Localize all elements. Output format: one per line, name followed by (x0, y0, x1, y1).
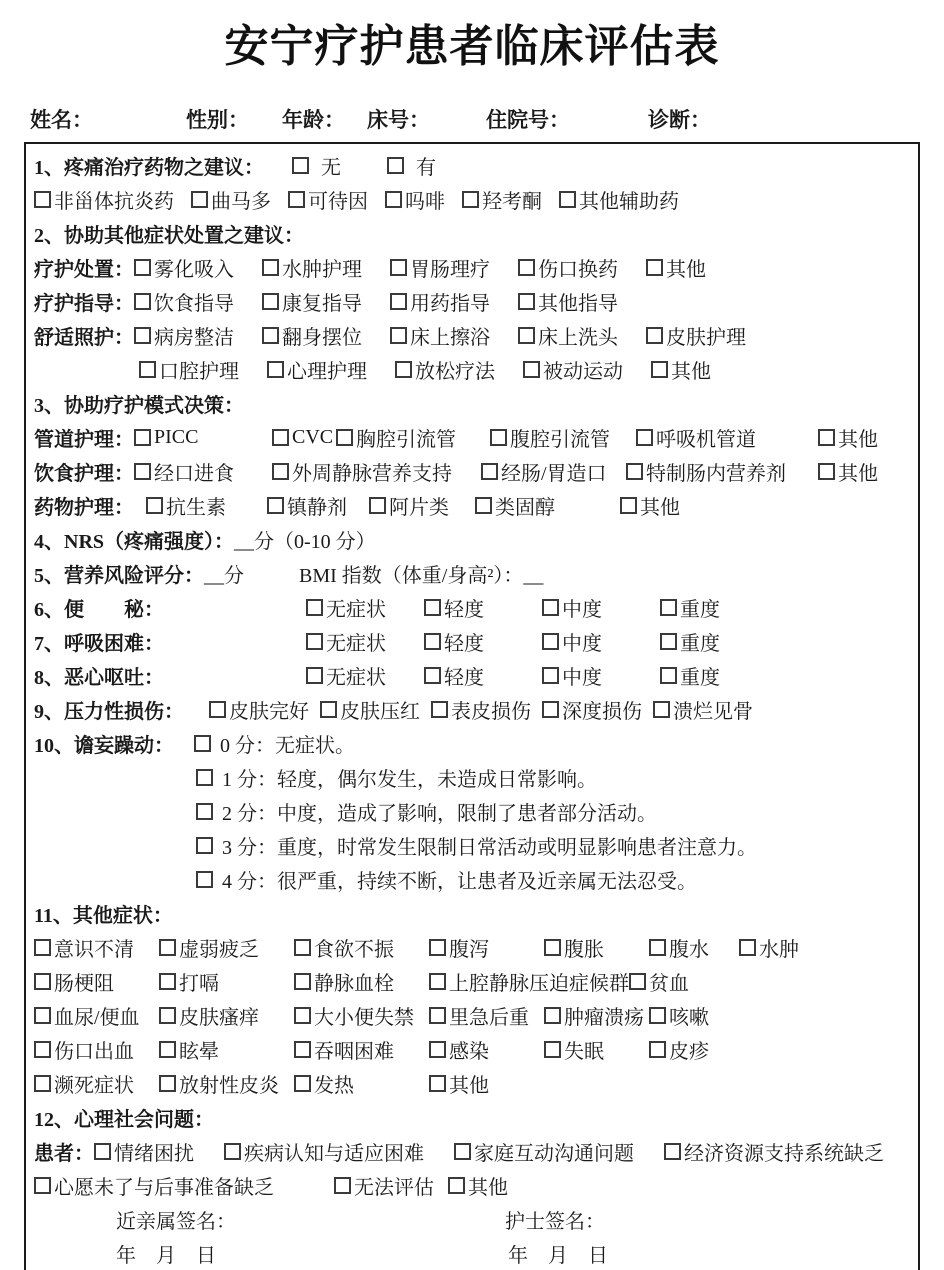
checkbox-option[interactable]: 其他指导 (518, 287, 618, 316)
q11-heading-row: 11、其他症状： (34, 896, 910, 930)
checkbox-icon[interactable] (34, 1041, 51, 1058)
checkbox-label: 上腔静脉压迫症候群 (449, 967, 629, 996)
care-label: 疗护处置： (34, 253, 134, 282)
q9-heading: 9、压力性损伤： (34, 695, 209, 724)
checkbox-icon[interactable] (646, 327, 663, 344)
checkbox-option[interactable]: 其他 (818, 457, 878, 486)
checkbox-label: 腹水 (669, 933, 709, 962)
checkbox-label: 有 (416, 151, 436, 180)
q7-row: 7、呼吸困难： 无症状轻度中度重度 (34, 624, 910, 658)
checkbox-icon[interactable] (651, 361, 668, 378)
checkbox-option[interactable]: 濒死症状 (34, 1069, 159, 1098)
checkbox-icon[interactable] (191, 191, 208, 208)
checkbox-option[interactable]: 经肠/胃造口 (481, 457, 626, 486)
checkbox-option[interactable]: 中度 (542, 593, 660, 622)
checkbox-label: 溃烂见骨 (673, 695, 753, 724)
checkbox-option[interactable]: 中度 (542, 661, 660, 690)
q6-heading: 6、便 秘： (34, 593, 306, 622)
checkbox-icon[interactable] (294, 973, 311, 990)
checkbox-icon[interactable] (294, 939, 311, 956)
checkbox-option[interactable]: 肠梗阻 (34, 967, 159, 996)
checkbox-icon[interactable] (620, 497, 637, 514)
checkbox-icon[interactable] (34, 1007, 51, 1024)
checkbox-option[interactable]: 经济资源支持系统缺乏 (664, 1137, 884, 1166)
checkbox-option[interactable]: 重度 (660, 593, 778, 622)
checkbox-icon[interactable] (34, 191, 51, 208)
checkbox-icon[interactable] (649, 939, 666, 956)
checkbox-option[interactable]: 吗啡 (385, 185, 445, 214)
checkbox-option[interactable]: 伤口换药 (518, 253, 618, 282)
checkbox-icon[interactable] (306, 599, 323, 616)
checkbox-icon[interactable] (629, 973, 646, 990)
checkbox-option[interactable]: 吞咽困难 (294, 1035, 429, 1064)
checkbox-option[interactable]: 肿瘤溃疡 (544, 1001, 649, 1030)
checkbox-option[interactable]: 皮疹 (649, 1035, 739, 1064)
checkbox-icon[interactable] (429, 939, 446, 956)
checkbox-option[interactable]: 伤口出血 (34, 1035, 159, 1064)
q10-row1: 10、谵妄躁动： 0 分：无症状。 (34, 726, 910, 760)
checkbox-option[interactable]: 呼吸机管道 (636, 423, 818, 452)
checkbox-option[interactable]: 其他 (620, 491, 680, 520)
checkbox-icon[interactable] (818, 429, 835, 446)
checkbox-option[interactable]: 床上擦浴 (390, 321, 490, 350)
checkbox-option[interactable]: 水肿 (739, 933, 799, 962)
checkbox-label: 皮肤护理 (666, 321, 746, 350)
checkbox-option[interactable]: 眩晕 (159, 1035, 294, 1064)
checkbox-icon[interactable] (818, 463, 835, 480)
checkbox-label: 床上擦浴 (410, 321, 490, 350)
checkbox-label: 床上洗头 (538, 321, 618, 350)
checkbox-option[interactable]: 轻度 (424, 661, 542, 690)
q1-drugs-row: 非甾体抗炎药曲马多可待因吗啡羟考酮其他辅助药 (34, 182, 910, 216)
q11-symptom-row-2: 肠梗阻打嗝静脉血栓上腔静脉压迫症候群贫血 (34, 964, 910, 998)
checkbox-option[interactable]: 家庭互动沟通问题 (454, 1137, 634, 1166)
checkbox-icon[interactable] (660, 667, 677, 684)
checkbox-option[interactable]: 其他 (448, 1171, 508, 1200)
checkbox-label: 特制肠内营养剂 (646, 457, 786, 486)
checkbox-option[interactable]: 翻身摆位 (262, 321, 362, 350)
patient-header: 姓名： 性别： 年龄： 床号： 住院号： 诊断： (0, 104, 944, 134)
checkbox-icon[interactable] (481, 463, 498, 480)
q2-heading-row: 2、协助其他症状处置之建议： (34, 216, 910, 250)
checkbox-label: 贫血 (649, 967, 689, 996)
checkbox-icon[interactable] (387, 157, 404, 174)
checkbox-label: 曲马多 (211, 185, 271, 214)
checkbox-label: 放射性皮炎 (179, 1069, 279, 1098)
checkbox-label: 胃肠理疗 (410, 253, 490, 282)
checkbox-option[interactable]: 皮肤瘙痒 (159, 1001, 294, 1030)
checkbox-icon[interactable] (139, 361, 156, 378)
checkbox-icon[interactable] (159, 939, 176, 956)
checkbox-icon[interactable] (134, 463, 151, 480)
checkbox-option[interactable]: 镇静剂 (267, 491, 369, 520)
checkbox-icon[interactable] (390, 259, 407, 276)
checkbox-option[interactable]: 意识不清 (34, 933, 159, 962)
checkbox-option[interactable]: 心理护理 (267, 355, 367, 384)
checkbox-icon[interactable] (134, 429, 151, 446)
q3-tube-row: 管道护理： PICCCVC胸腔引流管腹腔引流管呼吸机管道其他 (34, 420, 910, 454)
checkbox-label: 腹胀 (564, 933, 604, 962)
checkbox-option[interactable]: 康复指导 (262, 287, 362, 316)
checkbox-option[interactable]: 胸腔引流管 (336, 423, 490, 452)
checkbox-icon[interactable] (559, 191, 576, 208)
checkbox-label: 肠梗阻 (54, 967, 114, 996)
checkbox-icon[interactable] (542, 667, 559, 684)
checkbox-option[interactable]: 1 分：轻度，偶尔发生，未造成日常影响。 (196, 760, 910, 794)
checkbox-option[interactable]: 溃烂见骨 (653, 695, 753, 724)
q12-heading-row: 12、心理社会问题： (34, 1100, 910, 1134)
q4-row: 4、NRS（疼痛强度）： __分（0-10 分） (34, 522, 910, 556)
checkbox-label: 水肿 (759, 933, 799, 962)
diet-options-group: 经口进食外周静脉营养支持经肠/胃造口特制肠内营养剂其他 (134, 457, 878, 486)
checkbox-option[interactable]: 被动运动 (523, 355, 623, 384)
family-signature-label[interactable]: 近亲属签名： (116, 1205, 236, 1234)
checkbox-icon[interactable] (267, 361, 284, 378)
checkbox-label: 被动运动 (543, 355, 623, 384)
q11-heading: 11、其他症状： (34, 899, 173, 928)
q2-heading: 2、协助其他症状处置之建议： (34, 219, 304, 248)
field-label-name: 姓名： (30, 104, 93, 134)
checkbox-option[interactable]: 病房整洁 (134, 321, 234, 350)
checkbox-icon[interactable] (542, 701, 559, 718)
checkbox-icon[interactable] (475, 497, 492, 514)
checkbox-label: 康复指导 (282, 287, 362, 316)
checkbox-option[interactable]: 床上洗头 (518, 321, 618, 350)
checkbox-option[interactable]: 皮肤压红 (320, 695, 420, 724)
checkbox-icon[interactable] (649, 1041, 666, 1058)
q11-symptom-row-5: 濒死症状放射性皮炎发热其他 (34, 1066, 910, 1100)
checkbox-icon[interactable] (454, 1143, 471, 1160)
checkbox-label: 重度 (680, 593, 720, 622)
checkbox-option[interactable]: PICC (134, 423, 272, 452)
checkbox-option[interactable]: 无症状 (306, 627, 424, 656)
checkbox-icon[interactable] (288, 191, 305, 208)
checkbox-label: 表皮损伤 (451, 695, 531, 724)
q10-options-block: 1 分：轻度，偶尔发生，未造成日常影响。2 分：中度，造成了影响，限制了患者部分… (34, 760, 910, 896)
checkbox-label: 皮肤完好 (229, 695, 309, 724)
checkbox-option[interactable]: 0 分：无症状。 (194, 729, 355, 758)
checkbox-label: 羟考酮 (482, 185, 542, 214)
checkbox-label: 轻度 (444, 661, 484, 690)
checkbox-icon[interactable] (390, 293, 407, 310)
checkbox-icon[interactable] (626, 463, 643, 480)
checkbox-option[interactable]: 静脉血栓 (294, 967, 429, 996)
checkbox-icon[interactable] (262, 259, 279, 276)
checkbox-icon[interactable] (739, 939, 756, 956)
checkbox-icon[interactable] (542, 599, 559, 616)
checkbox-option[interactable]: 贫血 (629, 967, 734, 996)
checkbox-icon[interactable] (209, 701, 226, 718)
checkbox-icon[interactable] (660, 633, 677, 650)
field-label-diagnosis: 诊断： (648, 104, 711, 134)
checkbox-option[interactable]: 中度 (542, 627, 660, 656)
checkbox-icon[interactable] (34, 1075, 51, 1092)
q10-heading: 10、谵妄躁动： (34, 729, 194, 758)
checkbox-icon[interactable] (369, 497, 386, 514)
checkbox-option[interactable]: 失眠 (544, 1035, 649, 1064)
checkbox-option[interactable]: 可待因 (288, 185, 368, 214)
checkbox-label: 抗生素 (166, 491, 226, 520)
checkbox-icon[interactable] (490, 429, 507, 446)
checkbox-label: 经肠/胃造口 (501, 457, 607, 486)
checkbox-option[interactable]: 上腔静脉压迫症候群 (429, 967, 629, 996)
checkbox-option[interactable]: 羟考酮 (462, 185, 542, 214)
checkbox-icon[interactable] (429, 1041, 446, 1058)
checkbox-label: 中度 (562, 627, 602, 656)
checkbox-option[interactable]: 2 分：中度，造成了影响，限制了患者部分活动。 (196, 794, 910, 828)
checkbox-option[interactable]: 咳嗽 (649, 1001, 739, 1030)
checkbox-icon[interactable] (134, 293, 151, 310)
checkbox-option[interactable]: 用药指导 (390, 287, 490, 316)
checkbox-icon[interactable] (34, 973, 51, 990)
checkbox-icon[interactable] (518, 259, 535, 276)
checkbox-icon[interactable] (306, 667, 323, 684)
checkbox-icon[interactable] (448, 1177, 465, 1194)
checkbox-label: 无症状 (326, 627, 386, 656)
nurse-signature-label[interactable]: 护士签名： (505, 1205, 605, 1234)
checkbox-option[interactable]: 无法评估 (334, 1171, 434, 1200)
checkbox-option[interactable]: 轻度 (424, 627, 542, 656)
checkbox-icon[interactable] (523, 361, 540, 378)
checkbox-icon[interactable] (272, 429, 289, 446)
checkbox-icon[interactable] (159, 1075, 176, 1092)
checkbox-label: 伤口换药 (538, 253, 618, 282)
checkbox-icon[interactable] (294, 1007, 311, 1024)
checkbox-option[interactable]: 曲马多 (191, 185, 271, 214)
checkbox-icon[interactable] (429, 1007, 446, 1024)
q1-heading: 1、疼痛治疗药物之建议： (34, 151, 264, 180)
guide-label: 疗护指导： (34, 287, 134, 316)
checkbox-option[interactable]: 感染 (429, 1035, 544, 1064)
q12-heading: 12、心理社会问题： (34, 1103, 214, 1132)
checkbox-option[interactable]: 打嗝 (159, 967, 294, 996)
checkbox-icon[interactable] (649, 1007, 666, 1024)
checkbox-icon[interactable] (196, 837, 213, 854)
checkbox-option[interactable]: 虚弱疲乏 (159, 933, 294, 962)
checkbox-icon[interactable] (336, 429, 353, 446)
checkbox-option[interactable]: 其他 (429, 1069, 544, 1098)
checkbox-option[interactable]: 疾病认知与适应困难 (224, 1137, 424, 1166)
checkbox-label: 水肿护理 (282, 253, 362, 282)
checkbox-option[interactable]: 无 (292, 151, 341, 180)
date-row: 年 月 日 年 月 日 (34, 1236, 910, 1270)
checkbox-option[interactable]: 放松疗法 (395, 355, 495, 384)
checkbox-icon[interactable] (306, 633, 323, 650)
checkbox-icon[interactable] (159, 973, 176, 990)
checkbox-option[interactable]: 饮食指导 (134, 287, 234, 316)
checkbox-option[interactable]: 水肿护理 (262, 253, 362, 282)
checkbox-icon[interactable] (424, 633, 441, 650)
checkbox-icon[interactable] (262, 293, 279, 310)
nurse-date-label[interactable]: 年 月 日 (508, 1239, 608, 1268)
checkbox-icon[interactable] (542, 633, 559, 650)
checkbox-option[interactable]: 重度 (660, 627, 778, 656)
checkbox-icon[interactable] (294, 1041, 311, 1058)
checkbox-option[interactable]: 心愿未了与后事准备缺乏 (34, 1171, 274, 1200)
checkbox-option[interactable]: 放射性皮炎 (159, 1069, 294, 1098)
checkbox-icon[interactable] (194, 735, 211, 752)
checkbox-icon[interactable] (544, 1007, 561, 1024)
checkbox-icon[interactable] (159, 1041, 176, 1058)
field-label-gender: 性别： (186, 104, 249, 134)
checkbox-option[interactable]: 其他 (651, 355, 711, 384)
checkbox-label: 类固醇 (495, 491, 555, 520)
checkbox-icon[interactable] (660, 599, 677, 616)
checkbox-icon[interactable] (518, 293, 535, 310)
checkbox-option[interactable]: 轻度 (424, 593, 542, 622)
checkbox-icon[interactable] (429, 1075, 446, 1092)
checkbox-icon[interactable] (518, 327, 535, 344)
q6-options-group: 无症状轻度中度重度 (306, 593, 778, 622)
checkbox-label: 3 分：重度，时常发生限制日常活动或明显影响患者注意力。 (222, 831, 757, 860)
checkbox-icon[interactable] (462, 191, 479, 208)
q4-value-blank[interactable]: __分（0-10 分） (234, 525, 376, 554)
q7-options-group: 无症状轻度中度重度 (306, 627, 778, 656)
checkbox-icon[interactable] (196, 769, 213, 786)
checkbox-label: 重度 (680, 627, 720, 656)
checkbox-label: 无 (321, 151, 341, 180)
checkbox-option[interactable]: 阿片类 (369, 491, 475, 520)
family-date-label[interactable]: 年 月 日 (116, 1239, 216, 1268)
checkbox-icon[interactable] (646, 259, 663, 276)
checkbox-option[interactable]: 胃肠理疗 (390, 253, 490, 282)
checkbox-option[interactable]: 抗生素 (146, 491, 267, 520)
checkbox-icon[interactable] (94, 1143, 111, 1160)
checkbox-label: 疾病认知与适应困难 (244, 1137, 424, 1166)
checkbox-icon[interactable] (34, 1177, 51, 1194)
checkbox-label: 雾化吸入 (154, 253, 234, 282)
checkbox-icon[interactable] (320, 701, 337, 718)
checkbox-option[interactable]: 3 分：重度，时常发生限制日常活动或明显影响患者注意力。 (196, 828, 910, 862)
q8-row: 8、恶心呕吐： 无症状轻度中度重度 (34, 658, 910, 692)
q5-row: 5、营养风险评分： __分 BMI 指数（体重/身高²）：__ (34, 556, 910, 590)
q12-patient-row: 患者： 情绪困扰疾病认知与适应困难家庭互动沟通问题经济资源支持系统缺乏 (34, 1134, 910, 1168)
checkbox-label: 0 分：无症状。 (220, 729, 355, 758)
checkbox-option[interactable]: 其他 (646, 253, 706, 282)
q3-diet-row: 饮食护理： 经口进食外周静脉营养支持经肠/胃造口特制肠内营养剂其他 (34, 454, 910, 488)
checkbox-icon[interactable] (134, 327, 151, 344)
checkbox-option[interactable]: 其他辅助药 (559, 185, 679, 214)
checkbox-icon[interactable] (664, 1143, 681, 1160)
checkbox-label: 2 分：中度，造成了影响，限制了患者部分活动。 (222, 797, 657, 826)
checkbox-label: 濒死症状 (54, 1069, 134, 1098)
diet-label: 饮食护理： (34, 457, 134, 486)
checkbox-option[interactable]: 皮肤完好 (209, 695, 309, 724)
checkbox-label: 其他 (449, 1069, 489, 1098)
q5-heading: 5、营养风险评分： (34, 559, 204, 588)
q5-score-blank[interactable]: __分 (204, 559, 244, 588)
checkbox-option[interactable]: 无症状 (306, 661, 424, 690)
checkbox-option[interactable]: 里急后重 (429, 1001, 544, 1030)
q12-patient-label: 患者： (34, 1137, 94, 1166)
checkbox-option[interactable]: 食欲不振 (294, 933, 429, 962)
checkbox-option[interactable]: 腹腔引流管 (490, 423, 636, 452)
checkbox-option[interactable]: 无症状 (306, 593, 424, 622)
field-label-admission-no: 住院号： (486, 104, 570, 134)
checkbox-option[interactable]: CVC (272, 423, 336, 452)
checkbox-label: 皮肤压红 (340, 695, 420, 724)
checkbox-label: 无症状 (326, 661, 386, 690)
checkbox-option[interactable]: 发热 (294, 1069, 429, 1098)
checkbox-icon[interactable] (267, 497, 284, 514)
comfort-options-group-2: 口腔护理心理护理放松疗法被动运动其他 (139, 355, 739, 384)
checkbox-icon[interactable] (653, 701, 670, 718)
checkbox-label: 发热 (314, 1069, 354, 1098)
checkbox-option[interactable]: 大小便失禁 (294, 1001, 429, 1030)
checkbox-option[interactable]: 外周静脉营养支持 (272, 457, 481, 486)
checkbox-icon[interactable] (262, 327, 279, 344)
checkbox-icon[interactable] (134, 259, 151, 276)
checkbox-option[interactable]: 有 (387, 151, 436, 180)
checkbox-icon[interactable] (390, 327, 407, 344)
checkbox-icon[interactable] (196, 871, 213, 888)
checkbox-option[interactable]: 腹泻 (429, 933, 544, 962)
checkbox-icon[interactable] (636, 429, 653, 446)
checkbox-option[interactable]: 深度损伤 (542, 695, 642, 724)
checkbox-icon[interactable] (334, 1177, 351, 1194)
checkbox-label: 腹腔引流管 (510, 423, 610, 452)
checkbox-icon[interactable] (395, 361, 412, 378)
checkbox-option[interactable]: 表皮损伤 (431, 695, 531, 724)
checkbox-label: 可待因 (308, 185, 368, 214)
checkbox-label: 打嗝 (179, 967, 219, 996)
checkbox-label: 皮肤瘙痒 (179, 1001, 259, 1030)
checkbox-label: 其他指导 (538, 287, 618, 316)
checkbox-label: 经口进食 (154, 457, 234, 486)
checkbox-icon[interactable] (292, 157, 309, 174)
checkbox-option[interactable]: 雾化吸入 (134, 253, 234, 282)
checkbox-option[interactable]: 口腔护理 (139, 355, 239, 384)
checkbox-option[interactable]: 皮肤护理 (646, 321, 746, 350)
checkbox-label: 心愿未了与后事准备缺乏 (54, 1171, 274, 1200)
checkbox-icon[interactable] (544, 939, 561, 956)
checkbox-icon[interactable] (34, 939, 51, 956)
checkbox-icon[interactable] (431, 701, 448, 718)
checkbox-icon[interactable] (424, 599, 441, 616)
checkbox-label: 无法评估 (354, 1171, 434, 1200)
checkbox-option[interactable]: 情绪困扰 (94, 1137, 194, 1166)
checkbox-option[interactable]: 其他 (818, 423, 878, 452)
tube-options-group: PICCCVC胸腔引流管腹腔引流管呼吸机管道其他 (134, 423, 878, 452)
checkbox-icon[interactable] (146, 497, 163, 514)
checkbox-icon[interactable] (429, 973, 446, 990)
checkbox-label: 腹泻 (449, 933, 489, 962)
checkbox-label: 情绪困扰 (114, 1137, 194, 1166)
checkbox-label: 其他 (838, 457, 878, 486)
checkbox-icon[interactable] (159, 1007, 176, 1024)
checkbox-option[interactable]: 腹胀 (544, 933, 649, 962)
checkbox-option[interactable]: 类固醇 (475, 491, 620, 520)
checkbox-option[interactable]: 4 分：很严重，持续不断，让患者及近亲属无法忍受。 (196, 862, 910, 896)
checkbox-icon[interactable] (196, 803, 213, 820)
checkbox-label: 外周静脉营养支持 (292, 457, 452, 486)
checkbox-icon[interactable] (272, 463, 289, 480)
checkbox-option[interactable]: 经口进食 (134, 457, 272, 486)
checkbox-icon[interactable] (544, 1041, 561, 1058)
q2-comfort-row2: 口腔护理心理护理放松疗法被动运动其他 (34, 352, 910, 386)
checkbox-option[interactable]: 非甾体抗炎药 (34, 185, 174, 214)
checkbox-icon[interactable] (294, 1075, 311, 1092)
checkbox-option[interactable]: 重度 (660, 661, 778, 690)
checkbox-option[interactable]: 血尿/便血 (34, 1001, 159, 1030)
checkbox-icon[interactable] (424, 667, 441, 684)
checkbox-icon[interactable] (385, 191, 402, 208)
checkbox-option[interactable]: 腹水 (649, 933, 739, 962)
checkbox-option[interactable]: 特制肠内营养剂 (626, 457, 818, 486)
checkbox-icon[interactable] (224, 1143, 241, 1160)
q5-bmi-blank[interactable]: BMI 指数（体重/身高²）：__ (299, 559, 543, 588)
checkbox-label: CVC (292, 426, 333, 449)
